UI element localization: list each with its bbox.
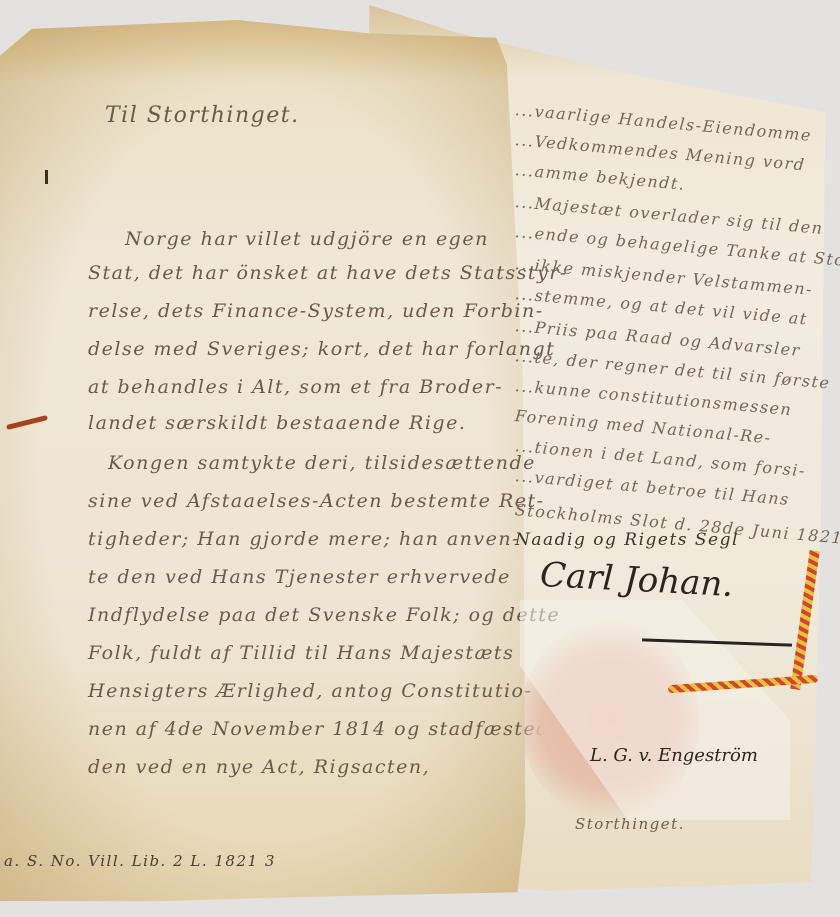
address-line: Storthinget. [575, 815, 685, 833]
left-line: relse, dets Finance-System, uden Forbin- [88, 300, 544, 322]
left-line: tigheder; Han gjorde mere; han anven- [88, 528, 520, 550]
countersignature: L. G. v. Engeström [590, 745, 758, 766]
left-line: Stat, det har önsket at have dets Statss… [88, 262, 568, 284]
left-line: Indflydelse paa det Svenske Folk; og det… [88, 604, 560, 626]
left-line: te den ved Hans Tjenester erhvervede [88, 566, 511, 588]
left-line: Kongen samtykte deri, tilsidesættende [108, 452, 536, 474]
left-line: Hensigters Ærlighed, antog Constitutio- [88, 680, 532, 702]
left-line: Norge har villet udgjöre en egen [125, 228, 489, 250]
left-line: sine ved Afstaaelses-Acten bestemte Ret- [88, 490, 545, 512]
seal-line: Naadig og Rigets Segl [515, 530, 739, 550]
salutation: Til Storthinget. [105, 103, 300, 128]
left-line: den ved en nye Act, Rigsacten, [88, 756, 430, 778]
left-line: Folk, fuldt af Tillid til Hans Majestæts [88, 642, 514, 664]
left-line: delse med Sveriges; kort, det har forlan… [88, 338, 555, 360]
left-line: nen af 4de November 1814 og stadfæstede [88, 718, 563, 740]
archive-note: a. S. No. Vill. Lib. 2 L. 1821 3 [4, 852, 276, 870]
left-line: at behandles i Alt, som et fra Broder- [88, 376, 503, 398]
left-line: landet særskildt bestaaende Rige. [88, 412, 466, 434]
ink-mark [45, 170, 48, 184]
